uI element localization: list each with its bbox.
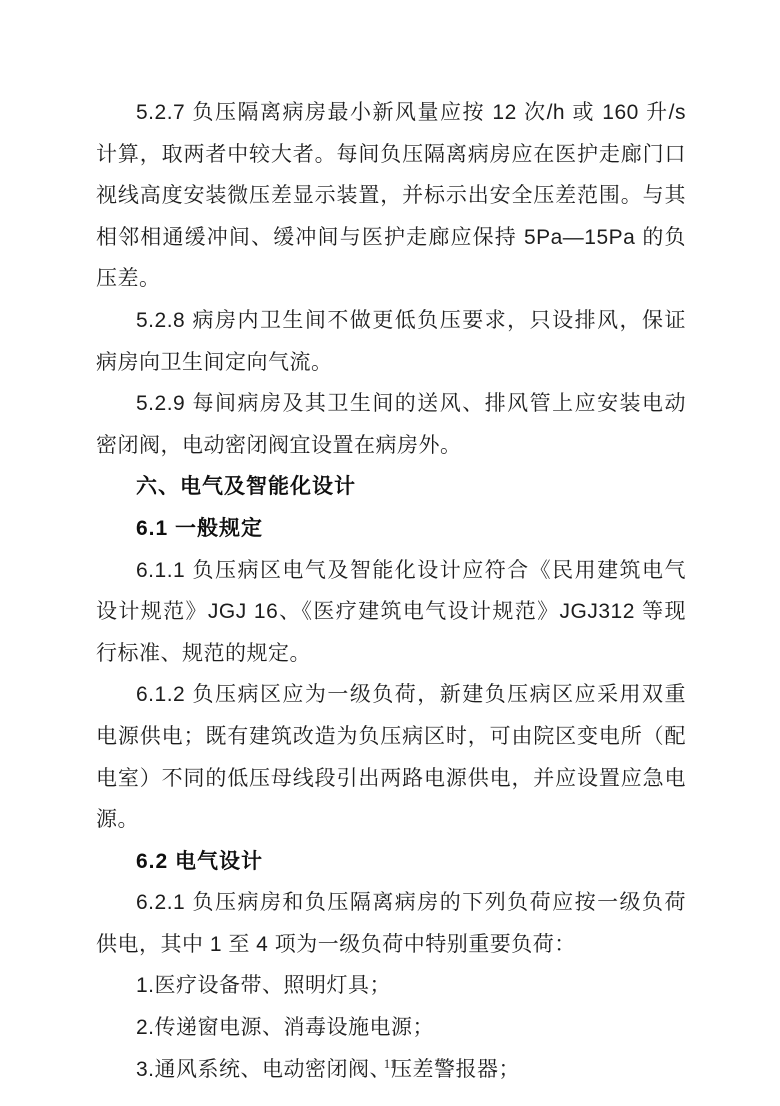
document-body: 5.2.7 负压隔离病房最小新风量应按 12 次/h 或 160 升/s 计算，… (96, 92, 686, 1090)
paragraph-5-2-9: 5.2.9 每间病房及其卫生间的送风、排风管上应安装电动密闭阀，电动密闭阀宜设置… (96, 383, 686, 466)
heading-section-6-2: 6.2 电气设计 (96, 841, 686, 883)
paragraph-5-2-7: 5.2.7 负压隔离病房最小新风量应按 12 次/h 或 160 升/s 计算，… (96, 92, 686, 300)
list-item-1: 1.医疗设备带、照明灯具； (96, 965, 686, 1007)
list-item-2: 2.传递窗电源、消毒设施电源； (96, 1007, 686, 1049)
paragraph-6-1-1: 6.1.1 负压病区电气及智能化设计应符合《民用建筑电气设计规范》JGJ 16、… (96, 550, 686, 675)
paragraph-6-1-2: 6.1.2 负压病区应为一级负荷，新建负压病区应采用双重电源供电；既有建筑改造为… (96, 674, 686, 840)
paragraph-6-2-1: 6.2.1 负压病房和负压隔离病房的下列负荷应按一级负荷供电，其中 1 至 4 … (96, 882, 686, 965)
page-number: 11 (0, 1054, 780, 1074)
heading-chapter-six: 六、电气及智能化设计 (96, 466, 686, 508)
paragraph-5-2-8: 5.2.8 病房内卫生间不做更低负压要求，只设排风，保证病房向卫生间定向气流。 (96, 300, 686, 383)
document-page: 5.2.7 负压隔离病房最小新风量应按 12 次/h 或 160 升/s 计算，… (0, 0, 780, 1106)
heading-section-6-1: 6.1 一般规定 (96, 508, 686, 550)
